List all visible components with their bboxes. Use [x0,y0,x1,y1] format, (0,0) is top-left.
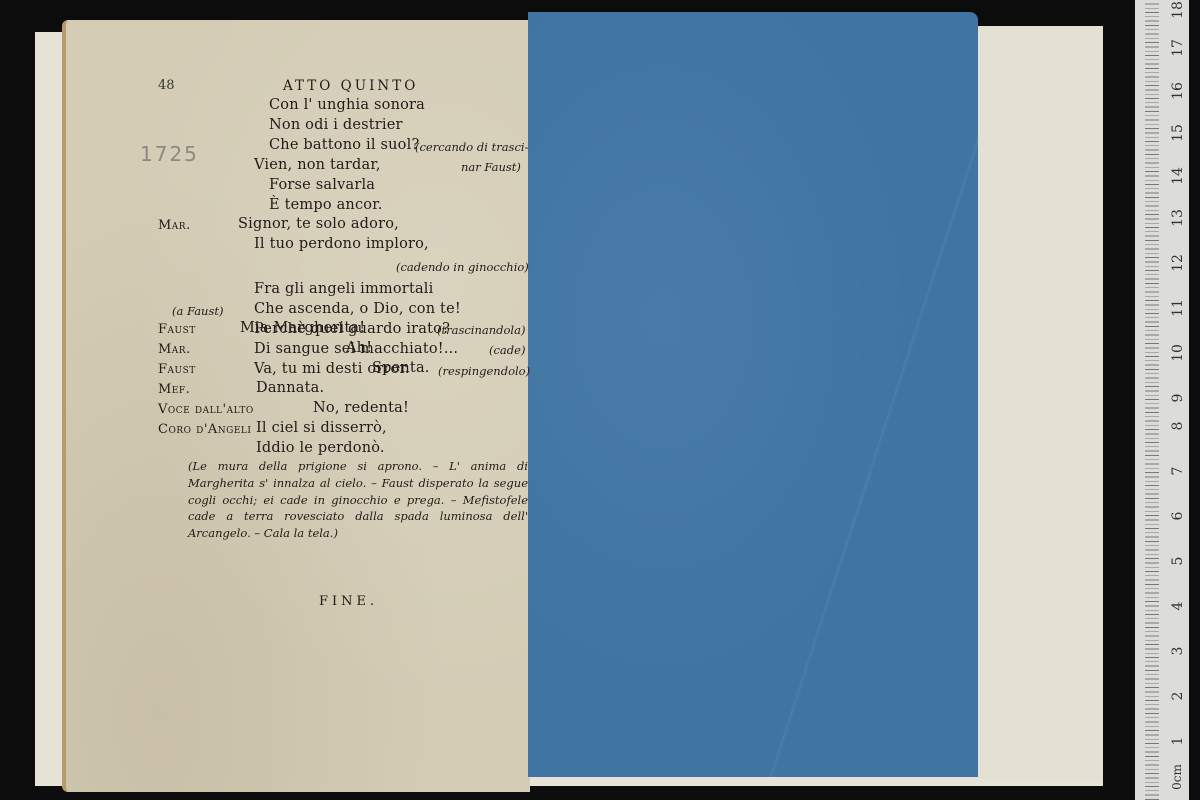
ruler-tick-label: 15 [1170,123,1186,143]
running-header: ATTO QUINTO [283,78,418,94]
left-book-page [62,20,530,792]
ruler-tick-label: 1 [1170,731,1186,751]
ruler-tick-label: 7 [1170,461,1186,481]
verse-line: Dannata. [256,380,324,396]
speaker-label: Mar. [158,342,191,357]
speaker-label: Voce dall'alto [158,402,254,417]
verse-line: Che battono il suol? [269,137,419,153]
ruler-tick-label: 5 [1170,551,1186,571]
closing-stage-direction: (Le mura della prigione si aprono. – L' … [188,458,528,542]
ruler-unit-label: 0cm [1170,760,1184,794]
stage-direction-aside: (a Faust) [172,304,223,318]
ruler-tick-label: 6 [1170,506,1186,526]
verse-line: Che ascenda, o Dio, con te! [254,301,461,317]
show-through-text [545,440,550,464]
verse-line: È tempo ancor. [269,197,383,213]
speaker-label: Faust [158,362,196,377]
ruler-tick-label: 8 [1170,416,1186,436]
stage-direction: nar Faust) [461,160,521,174]
stage-direction: (respingendolo) [438,364,530,378]
ruler-tick-label: 10 [1170,343,1186,363]
speaker-label: Faust [158,322,196,337]
ruler-tick-label: 17 [1170,38,1186,58]
verse-line: No, redenta! [313,400,409,416]
verse-line: Iddio le perdonò. [256,440,385,456]
verse-line: Signor, te solo adoro, [238,216,399,232]
verse-line: Non odi i destrier [269,117,403,133]
verse-line: Spenta. [372,360,430,376]
speaker-label: Mar. [158,218,191,233]
verse-line: Vien, non tardar, [254,157,381,173]
ruler-tick-label: 3 [1170,641,1186,661]
ruler-tick-label: 14 [1170,166,1186,186]
ruler-tick-label: 12 [1170,253,1186,273]
verse-line: Il tuo perdono imploro, [254,236,429,252]
blue-paper-cover [528,12,978,777]
stage-direction: (cadendo in ginocchio) [396,260,529,274]
verse-line: Mia Margherita! [240,320,365,336]
verse-line: Forse salvarla [269,177,375,193]
stage-direction: (cade) [489,343,525,357]
ruler-tick-label: 16 [1170,81,1186,101]
ruler-tick-label: 11 [1170,298,1186,318]
ruler-tick-label: 9 [1170,388,1186,408]
stage-direction: (cercando di trasci- [415,140,528,154]
speaker-label: Coro d'Angeli [158,422,251,437]
verse-line: Fra gli angeli immortali [254,281,434,297]
stage-direction: (trascinandola) [437,323,525,337]
page-number: 48 [158,78,175,93]
verse-line: Ah! [346,340,372,356]
ruler-tick-label: 13 [1170,208,1186,228]
ruler-tick-label: 2 [1170,686,1186,706]
verse-line: Il ciel si disserrò, [256,420,387,436]
pencil-accession-mark: 1725 [140,142,199,166]
verse-line: Con l' unghia sonora [269,97,425,113]
speaker-label: Mef. [158,382,190,397]
end-mark: FINE. [319,594,378,609]
mounting-board-strip [975,26,1103,778]
ruler-tick-label: 18 [1170,0,1186,20]
ruler-tick-label: 4 [1170,596,1186,616]
